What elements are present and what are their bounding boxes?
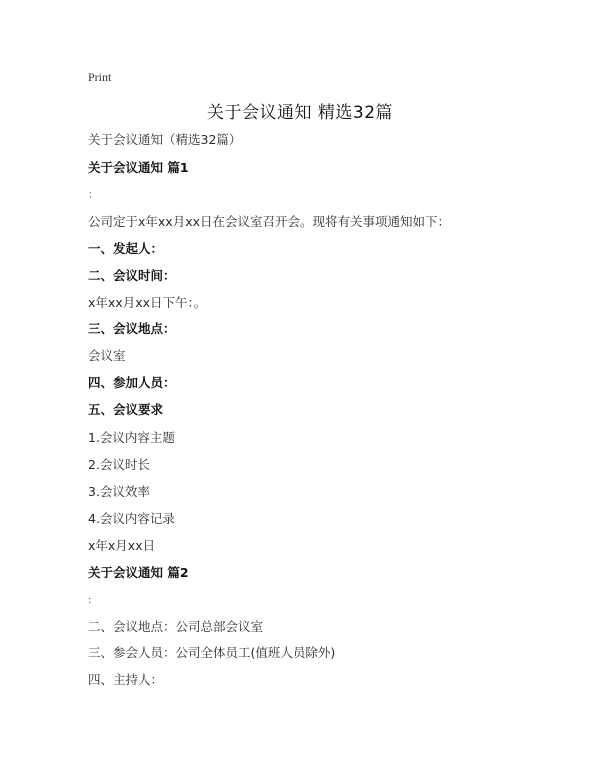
body-line: 三、参会人员：公司全体员工(值班人员除外): [88, 645, 335, 661]
section-heading: 一、发起人：: [88, 241, 163, 257]
body-line: :: [88, 593, 91, 609]
section-heading: 五、会议要求: [88, 402, 163, 418]
body-line: x年xx月xx日下午：。: [88, 295, 206, 311]
section-heading: 三、会议地点：: [88, 321, 176, 337]
document-title: 关于会议通知 精选32篇: [0, 98, 600, 123]
body-line: ：: [88, 188, 98, 204]
document-page: Print 关于会议通知 精选32篇 关于会议通知（精选32篇）关于会议通知 篇…: [0, 0, 600, 776]
body-line: 4.会议内容记录: [88, 511, 175, 527]
body-line: 会议室: [88, 348, 126, 364]
body-line: 1.会议内容主题: [88, 430, 175, 446]
body-line: x年x月xx日: [88, 538, 155, 554]
body-line: 2.会议时长: [88, 457, 150, 473]
body-line: 二、会议地点：公司总部会议室: [88, 619, 263, 635]
section-heading: 关于会议通知 篇1: [88, 160, 189, 176]
section-heading: 二、会议时间：: [88, 268, 176, 284]
body-line: 3.会议效率: [88, 484, 150, 500]
section-heading: 四、参加人员：: [88, 375, 176, 391]
print-label: Print: [88, 70, 111, 85]
body-line: 公司定于x年xx月xx日在会议室召开会。现将有关事项通知如下：: [88, 214, 450, 230]
body-line: 四、主持人：: [88, 672, 163, 688]
body-line: 关于会议通知（精选32篇）: [88, 132, 241, 148]
section-heading: 关于会议通知 篇2: [88, 565, 189, 581]
